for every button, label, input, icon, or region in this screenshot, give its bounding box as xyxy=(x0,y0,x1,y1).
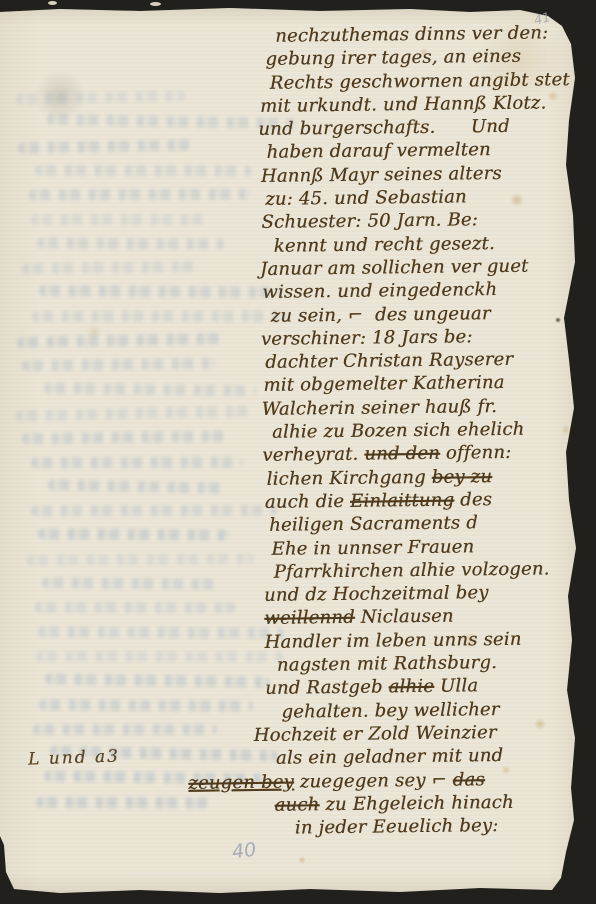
struck-text: Einlaittung xyxy=(350,490,454,512)
ink-text: nagsten mit Rathsburg. xyxy=(277,652,497,676)
ink-text: zu: 45. und Sebastian xyxy=(265,186,467,209)
ink-text: Niclausen xyxy=(355,606,454,628)
ink-text: auch die xyxy=(265,491,350,513)
ink-text: lichen Kirchgang xyxy=(266,466,431,489)
ink-text: Ehe in unnser Frauen xyxy=(271,536,474,559)
ink-text: mit urkundt. und Hannß Klotz. xyxy=(260,92,547,116)
ink-text: heiligen Sacraments d xyxy=(269,513,478,537)
paper-edge-fleck xyxy=(48,1,57,5)
folio-number-bottom-pencil: 40 xyxy=(231,839,258,864)
struck-text: auch xyxy=(274,794,319,816)
ink-text: Hochzeit er Zold Weinzier xyxy=(254,722,497,746)
ink-text: Schuester: 50 Jarn. Be: xyxy=(261,210,478,234)
text-line: nechzuthemas dinns ver den: xyxy=(275,21,569,48)
ink-text: und Rastgeb xyxy=(265,677,389,700)
ink-text: nechzuthemas dinns ver den: xyxy=(275,22,548,46)
ink-text: offenn: xyxy=(440,442,512,464)
ink-text: Pfarrkhirchen alhie volzogen. xyxy=(274,558,550,582)
ink-text: mit obgemelter Katherina xyxy=(263,372,504,396)
text-line: Januar am sollichen ver guet xyxy=(260,254,572,281)
ink-text: Hannß Mayr seines alters xyxy=(261,163,502,187)
ink-text: zuegegen sey ⌐ xyxy=(294,769,453,792)
ink-text: Januar am sollichen ver guet xyxy=(260,256,529,280)
ink-text: alhie zu Bozen sich ehelich xyxy=(272,419,525,443)
ink-text: Walcherin seiner hauß fr. xyxy=(262,396,498,420)
ink-text: wissen. und eingedenckh xyxy=(262,279,497,303)
text-line: in jeder Eeuelich bey: xyxy=(295,813,579,840)
ink-text: verheyrat. xyxy=(262,444,364,466)
ink-text: gebung irer tages, an eines xyxy=(265,46,521,70)
ink-text: Rechts geschwornen angibt stet xyxy=(270,69,570,94)
handwritten-text-block: nechzuthemas dinns ver den:gebung irer t… xyxy=(257,21,579,840)
ink-text: haben darauf vermelten xyxy=(266,140,490,164)
ink-text: als ein geladner mit und xyxy=(276,745,503,769)
ink-text: in jeder Eeuelich bey: xyxy=(295,815,499,838)
ink-text: des xyxy=(454,489,492,510)
ink-text: verschiner: 18 Jars be: xyxy=(261,326,473,350)
ink-text: zu Ehgeleich hinach xyxy=(319,792,514,815)
struck-text: das xyxy=(453,769,485,790)
text-line: mit urkundt. und Hannß Klotz. xyxy=(260,91,570,118)
ink-text: und dz Hochzeitmal bey xyxy=(264,582,489,606)
ink-text: Handler im leben unns sein xyxy=(264,628,521,652)
text-line: Rechts geschwornen angibt stet xyxy=(270,68,570,95)
ink-text: Ulla xyxy=(434,676,478,698)
struck-text: zeugen bey xyxy=(188,771,294,793)
ink-text: kennt und recht gesezt. xyxy=(274,233,495,257)
struck-text: weillennd xyxy=(264,607,355,629)
struck-text: alhie xyxy=(388,676,434,698)
struck-text: und den xyxy=(364,443,440,465)
ink-text: gehalten. bey wellicher xyxy=(281,699,499,723)
ink-text: und burgerschafts. Und xyxy=(258,116,510,140)
ink-text: zu sein, ⌐ des ungeuar xyxy=(270,303,490,327)
ink-text: dachter Christan Rayserer xyxy=(265,349,513,373)
text-line: Pfarrkhirchen alhie volzogen. xyxy=(274,557,576,584)
margin-annotation: L und a3 xyxy=(28,746,120,769)
struck-text: bey zu xyxy=(432,466,493,488)
paper-edge-fleck xyxy=(150,2,161,6)
scanned-manuscript-page: { "surface": { "background_color": "#212… xyxy=(0,0,596,904)
